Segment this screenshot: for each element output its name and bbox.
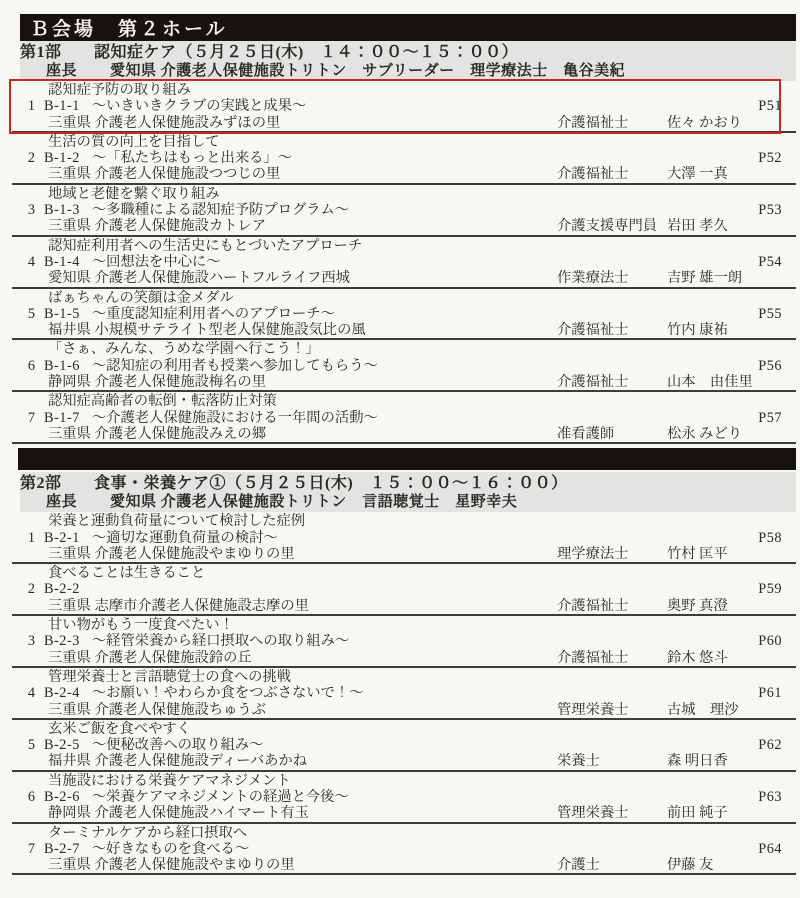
- presenter-job: 介護士: [557, 857, 600, 873]
- presenter-credit-row: 三重県 介護老人保健施設つつじの里 介護福祉士 大澤 一真: [12, 166, 796, 182]
- facility-name: 三重県 介護老人保健施設やまゆりの里: [48, 546, 295, 562]
- presentation-entry: 認知症利用者への生活史にもとづいたアプローチ 4 B-1-4 ～回想法を中心に～…: [12, 237, 796, 289]
- presenter-credit-row: 三重県 志摩市介護老人保健施設志摩の里 介護福祉士 奥野 真澄: [12, 598, 796, 614]
- presentation-subtitle: ～好きなものを食べる～: [92, 841, 758, 857]
- chair-info: 愛知県 介護老人保健施設トリトン 言語聴覚士 星野幸夫: [110, 494, 517, 510]
- presentation-title-row: 2 B-2-2 P59: [12, 581, 796, 597]
- presentation-title-row: 7 B-1-7 ～介護老人保健施設における一年間の活動～ P57: [12, 410, 796, 426]
- presentation-entry: 生活の質の向上を目指して 2 B-1-2 ～「私たちはもっと出来る」～ P52 …: [12, 133, 796, 185]
- presenter-name: 森 明日香: [667, 753, 728, 769]
- presenter-credit-row: 静岡県 介護老人保健施設ハイマート有玉 管理栄養士 前田 純子: [12, 805, 796, 821]
- facility-name: 三重県 介護老人保健施設カトレア: [48, 218, 266, 234]
- presentation-title-row: 6 B-2-6 ～栄養ケアマネジメントの経過と今後～ P63: [12, 789, 796, 805]
- entry-number: 3: [12, 202, 35, 218]
- presenter-name: 佐々 かおり: [667, 115, 742, 131]
- presentation-theme: ターミナルケアから経口摂取へ: [48, 825, 796, 841]
- presentation-code: B-2-5: [44, 737, 80, 753]
- presentation-subtitle: ～介護老人保健施設における一年間の活動～: [92, 410, 758, 426]
- presentation-title-row: 5 B-1-5 ～重度認知症利用者へのアプローチ～ P55: [12, 306, 796, 322]
- presentation-entry: 管理栄養士と言語聴覚士の食への挑戦 4 B-2-4 ～お願い！やわらか食をつぶさ…: [12, 668, 796, 720]
- presenter-credit-row: 三重県 介護老人保健施設みえの郷 准看護師 松永 みどり: [12, 426, 796, 442]
- presenter-credit-row: 愛知県 介護老人保健施設ハートフルライフ西城 作業療法士 吉野 雄一朗: [12, 270, 796, 286]
- page-reference: P55: [758, 306, 782, 322]
- presentation-entry: 地域と老健を繋ぐ取り組み 3 B-1-3 ～多職種による認知症予防プログラム～ …: [12, 185, 796, 237]
- facility-name: 三重県 介護老人保健施設ちゅうぶ: [48, 702, 266, 718]
- entry-number: 5: [12, 306, 35, 322]
- presentation-title-row: 7 B-2-7 ～好きなものを食べる～ P64: [12, 841, 796, 857]
- presenter-credit-row: 三重県 介護老人保健施設カトレア 介護支援専門員 岩田 孝久: [12, 218, 796, 234]
- presentation-entry: 「さぁ、みんな、うめな学園へ行こう！」 6 B-1-6 ～認知症の利用者も授業へ…: [12, 340, 796, 392]
- facility-name: 三重県 志摩市介護老人保健施設志摩の里: [48, 598, 309, 614]
- presentation-theme: 地域と老健を繋ぐ取り組み: [48, 186, 796, 202]
- presentation-code: B-2-1: [44, 530, 80, 546]
- presenter-job: 管理栄養士: [557, 805, 628, 821]
- entry-number: 2: [12, 581, 35, 597]
- presenter-name: 奥野 真澄: [667, 598, 728, 614]
- presenter-job: 介護福祉士: [557, 115, 628, 131]
- presenter-name: 鈴木 悠斗: [667, 650, 728, 666]
- presentation-theme: 玄米ご飯を食べやすく: [48, 721, 796, 737]
- session-title: 食事・栄養ケア①（５月２５日(木) １５：００～１６：００）: [94, 475, 568, 492]
- facility-name: 静岡県 介護老人保健施設ハイマート有玉: [48, 805, 309, 821]
- presentation-subtitle: ～適切な運動負荷量の検討～: [92, 530, 758, 546]
- facility-name: 三重県 介護老人保健施設つつじの里: [48, 166, 280, 182]
- presenter-name: 古城 理沙: [667, 702, 738, 718]
- presentation-title-row: 5 B-2-5 ～便秘改善への取り組み～ P62: [12, 737, 796, 753]
- presentation-entry: ターミナルケアから経口摂取へ 7 B-2-7 ～好きなものを食べる～ P64 三…: [12, 824, 796, 876]
- entry-number: 7: [12, 841, 35, 857]
- venue-title: Ｂ会場 第２ホール: [30, 14, 228, 41]
- presentation-subtitle: [92, 581, 758, 597]
- entry-number: 5: [12, 737, 35, 753]
- session-title-line: 第2部食事・栄養ケア①（５月２５日(木) １５：００～１６：００）: [20, 474, 796, 493]
- presentation-subtitle: ～多職種による認知症予防プログラム～: [92, 202, 758, 218]
- presentation-subtitle: ～いきいきクラブの実践と成果～: [92, 98, 758, 114]
- page-reference: P59: [758, 581, 782, 597]
- facility-name: 福井県 介護老人保健施設ディーバあかね: [48, 753, 307, 769]
- section-divider-bar: [18, 448, 796, 470]
- presenter-job: 介護福祉士: [557, 166, 628, 182]
- presenter-job: 介護福祉士: [557, 598, 628, 614]
- presenter-credit-row: 三重県 介護老人保健施設ちゅうぶ 管理栄養士 古城 理沙: [12, 702, 796, 718]
- presenter-credit-row: 三重県 介護老人保健施設やまゆりの里 理学療法士 竹村 匡平: [12, 546, 796, 562]
- facility-name: 福井県 小規模サテライト型老人保健施設気比の風: [48, 322, 366, 338]
- entry-number: 1: [12, 530, 35, 546]
- entry-number: 4: [12, 254, 35, 270]
- presentation-entry: 食べることは生きること 2 B-2-2 P59 三重県 志摩市介護老人保健施設志…: [12, 564, 796, 616]
- presentation-entry: 玄米ご飯を食べやすく 5 B-2-5 ～便秘改善への取り組み～ P62 福井県 …: [12, 720, 796, 772]
- presenter-credit-row: 三重県 介護老人保健施設鈴の丘 介護福祉士 鈴木 悠斗: [12, 650, 796, 666]
- presenter-job: 栄養士: [557, 753, 600, 769]
- presenter-job: 作業療法士: [557, 270, 628, 286]
- presenter-credit-row: 福井県 小規模サテライト型老人保健施設気比の風 介護福祉士 竹内 康祐: [12, 322, 796, 338]
- page-reference: P54: [758, 254, 782, 270]
- entry-number: 3: [12, 633, 35, 649]
- chair-line: 座長愛知県 介護老人保健施設トリトン サブリーダー 理学療法士 亀谷美紀: [20, 62, 796, 80]
- presentation-entry: 認知症高齢者の転倒・転落防止対策 7 B-1-7 ～介護老人保健施設における一年…: [12, 392, 796, 444]
- page-reference: P64: [758, 841, 782, 857]
- presenter-name: 松永 みどり: [667, 426, 742, 442]
- presentation-code: B-1-4: [44, 254, 80, 270]
- presenter-name: 伊藤 友: [667, 857, 713, 873]
- section-header: 第1部認知症ケア（５月２５日(木) １４：００～１５：００） 座長愛知県 介護老…: [20, 41, 796, 81]
- entry-number: 7: [12, 410, 35, 426]
- session-title: 認知症ケア（５月２５日(木) １４：００～１５：００）: [94, 44, 518, 61]
- program-section: 第1部認知症ケア（５月２５日(木) １４：００～１５：００） 座長愛知県 介護老…: [12, 41, 796, 444]
- facility-name: 三重県 介護老人保健施設みえの郷: [48, 426, 266, 442]
- presentation-theme: 栄養と運動負荷量について検討した症例: [48, 513, 796, 529]
- presentation-theme: 「さぁ、みんな、うめな学園へ行こう！」: [48, 341, 796, 357]
- presenter-credit-row: 静岡県 介護老人保健施設梅名の里 介護福祉士 山本 由佳里: [12, 374, 796, 390]
- presentation-title-row: 1 B-2-1 ～適切な運動負荷量の検討～ P58: [12, 530, 796, 546]
- presenter-job: 介護福祉士: [557, 322, 628, 338]
- page-reference: P57: [758, 410, 782, 426]
- page-reference: P63: [758, 789, 782, 805]
- presentation-entry: 甘い物がもう一度食べたい！ 3 B-2-3 ～経管栄養から経口摂取への取り組み～…: [12, 616, 796, 668]
- entry-list: 認知症予防の取り組み 1 B-1-1 ～いきいきクラブの実践と成果～ P51 三…: [12, 81, 796, 444]
- presentation-title-row: 3 B-2-3 ～経管栄養から経口摂取への取り組み～ P60: [12, 633, 796, 649]
- presentation-code: B-1-1: [44, 98, 80, 114]
- presentation-code: B-2-6: [44, 789, 80, 805]
- presenter-credit-row: 三重県 介護老人保健施設みずほの里 介護福祉士 佐々 かおり: [12, 115, 796, 131]
- presentation-code: B-2-2: [44, 581, 80, 597]
- presenter-job: 介護支援専門員: [557, 218, 657, 234]
- chair-label: 座長: [46, 62, 110, 80]
- chair-line: 座長愛知県 介護老人保健施設トリトン 言語聴覚士 星野幸夫: [20, 493, 796, 511]
- sections-container: 第1部認知症ケア（５月２５日(木) １４：００～１５：００） 座長愛知県 介護老…: [12, 41, 796, 875]
- presentation-subtitle: ～「私たちはもっと出来る」～: [92, 150, 758, 166]
- presentation-entry: 認知症予防の取り組み 1 B-1-1 ～いきいきクラブの実践と成果～ P51 三…: [12, 81, 796, 133]
- presentation-theme: 認知症高齢者の転倒・転落防止対策: [48, 393, 796, 409]
- presentation-theme: 甘い物がもう一度食べたい！: [48, 617, 796, 633]
- presenter-name: 前田 純子: [667, 805, 728, 821]
- presentation-title-row: 1 B-1-1 ～いきいきクラブの実践と成果～ P51: [12, 98, 796, 114]
- presentation-subtitle: ～回想法を中心に～: [92, 254, 758, 270]
- presentation-subtitle: ～栄養ケアマネジメントの経過と今後～: [92, 789, 758, 805]
- presentation-subtitle: ～経管栄養から経口摂取への取り組み～: [92, 633, 758, 649]
- presenter-job: 介護福祉士: [557, 650, 628, 666]
- presenter-name: 大澤 一真: [667, 166, 728, 182]
- presentation-theme: 食べることは生きること: [48, 565, 796, 581]
- venue-header-bar: Ｂ会場 第２ホール: [20, 14, 796, 41]
- presenter-credit-row: 福井県 介護老人保健施設ディーバあかね 栄養士 森 明日香: [12, 753, 796, 769]
- page-reference: P62: [758, 737, 782, 753]
- presentation-code: B-2-7: [44, 841, 80, 857]
- page-reference: P61: [758, 685, 782, 701]
- presentation-theme: ばぁちゃんの笑顔は金メダル: [48, 290, 796, 306]
- presentation-entry: 栄養と運動負荷量について検討した症例 1 B-2-1 ～適切な運動負荷量の検討～…: [12, 512, 796, 564]
- page-reference: P58: [758, 530, 782, 546]
- page-reference: P60: [758, 633, 782, 649]
- presentation-code: B-1-3: [44, 202, 80, 218]
- presentation-entry: 当施設における栄養ケアマネジメント 6 B-2-6 ～栄養ケアマネジメントの経過…: [12, 772, 796, 824]
- facility-name: 三重県 介護老人保健施設鈴の丘: [48, 650, 252, 666]
- presenter-name: 吉野 雄一朗: [667, 270, 742, 286]
- page-reference: P53: [758, 202, 782, 218]
- presentation-title-row: 6 B-1-6 ～認知症の利用者も授業へ参加してもらう～ P56: [12, 358, 796, 374]
- entry-list: 栄養と運動負荷量について検討した症例 1 B-2-1 ～適切な運動負荷量の検討～…: [12, 512, 796, 875]
- entry-number: 2: [12, 150, 35, 166]
- program-page: Ｂ会場 第２ホール 第1部認知症ケア（５月２５日(木) １４：００～１５：００）…: [12, 14, 796, 875]
- page-reference: P52: [758, 150, 782, 166]
- facility-name: 三重県 介護老人保健施設やまゆりの里: [48, 857, 295, 873]
- presenter-name: 竹村 匡平: [667, 546, 728, 562]
- presentation-code: B-1-5: [44, 306, 80, 322]
- presenter-job: 理学療法士: [557, 546, 628, 562]
- presentation-title-row: 4 B-2-4 ～お願い！やわらか食をつぶさないで！～ P61: [12, 685, 796, 701]
- chair-info: 愛知県 介護老人保健施設トリトン サブリーダー 理学療法士 亀谷美紀: [110, 63, 625, 79]
- presenter-job: 介護福祉士: [557, 374, 628, 390]
- presenter-credit-row: 三重県 介護老人保健施設やまゆりの里 介護士 伊藤 友: [12, 857, 796, 873]
- presentation-subtitle: ～便秘改善への取り組み～: [92, 737, 758, 753]
- facility-name: 静岡県 介護老人保健施設梅名の里: [48, 374, 266, 390]
- presentation-subtitle: ～重度認知症利用者へのアプローチ～: [92, 306, 758, 322]
- presentation-theme: 生活の質の向上を目指して: [48, 134, 796, 150]
- presenter-job: 管理栄養士: [557, 702, 628, 718]
- presentation-theme: 認知症利用者への生活史にもとづいたアプローチ: [48, 238, 796, 254]
- facility-name: 三重県 介護老人保健施設みずほの里: [48, 115, 280, 131]
- presentation-code: B-2-3: [44, 633, 80, 649]
- presentation-code: B-2-4: [44, 685, 80, 701]
- presentation-theme: 当施設における栄養ケアマネジメント: [48, 773, 796, 789]
- presenter-name: 山本 由佳里: [667, 374, 753, 390]
- chair-label: 座長: [46, 493, 110, 511]
- entry-number: 1: [12, 98, 35, 114]
- section-header: 第2部食事・栄養ケア①（５月２５日(木) １５：００～１６：００） 座長愛知県 …: [20, 472, 796, 512]
- presentation-title-row: 4 B-1-4 ～回想法を中心に～ P54: [12, 254, 796, 270]
- presenter-name: 岩田 孝久: [667, 218, 728, 234]
- presenter-job: 准看護師: [557, 426, 614, 442]
- presentation-subtitle: ～認知症の利用者も授業へ参加してもらう～: [92, 358, 758, 374]
- presentation-code: B-1-7: [44, 410, 80, 426]
- entry-number: 4: [12, 685, 35, 701]
- presentation-code: B-1-6: [44, 358, 80, 374]
- part-number: 第2部: [20, 474, 94, 493]
- presentation-title-row: 2 B-1-2 ～「私たちはもっと出来る」～ P52: [12, 150, 796, 166]
- page-reference: P51: [758, 98, 782, 114]
- part-number: 第1部: [20, 43, 94, 62]
- page-reference: P56: [758, 358, 782, 374]
- facility-name: 愛知県 介護老人保健施設ハートフルライフ西城: [48, 270, 350, 286]
- presentation-entry: ばぁちゃんの笑顔は金メダル 5 B-1-5 ～重度認知症利用者へのアプローチ～ …: [12, 289, 796, 341]
- presentation-theme: 管理栄養士と言語聴覚士の食への挑戦: [48, 669, 796, 685]
- presentation-code: B-1-2: [44, 150, 80, 166]
- entry-number: 6: [12, 358, 35, 374]
- program-section: 第2部食事・栄養ケア①（５月２５日(木) １５：００～１６：００） 座長愛知県 …: [12, 472, 796, 875]
- session-title-line: 第1部認知症ケア（５月２５日(木) １４：００～１５：００）: [20, 43, 796, 62]
- presentation-theme: 認知症予防の取り組み: [48, 82, 796, 98]
- presentation-title-row: 3 B-1-3 ～多職種による認知症予防プログラム～ P53: [12, 202, 796, 218]
- entry-number: 6: [12, 789, 35, 805]
- presenter-name: 竹内 康祐: [667, 322, 728, 338]
- presentation-subtitle: ～お願い！やわらか食をつぶさないで！～: [92, 685, 758, 701]
